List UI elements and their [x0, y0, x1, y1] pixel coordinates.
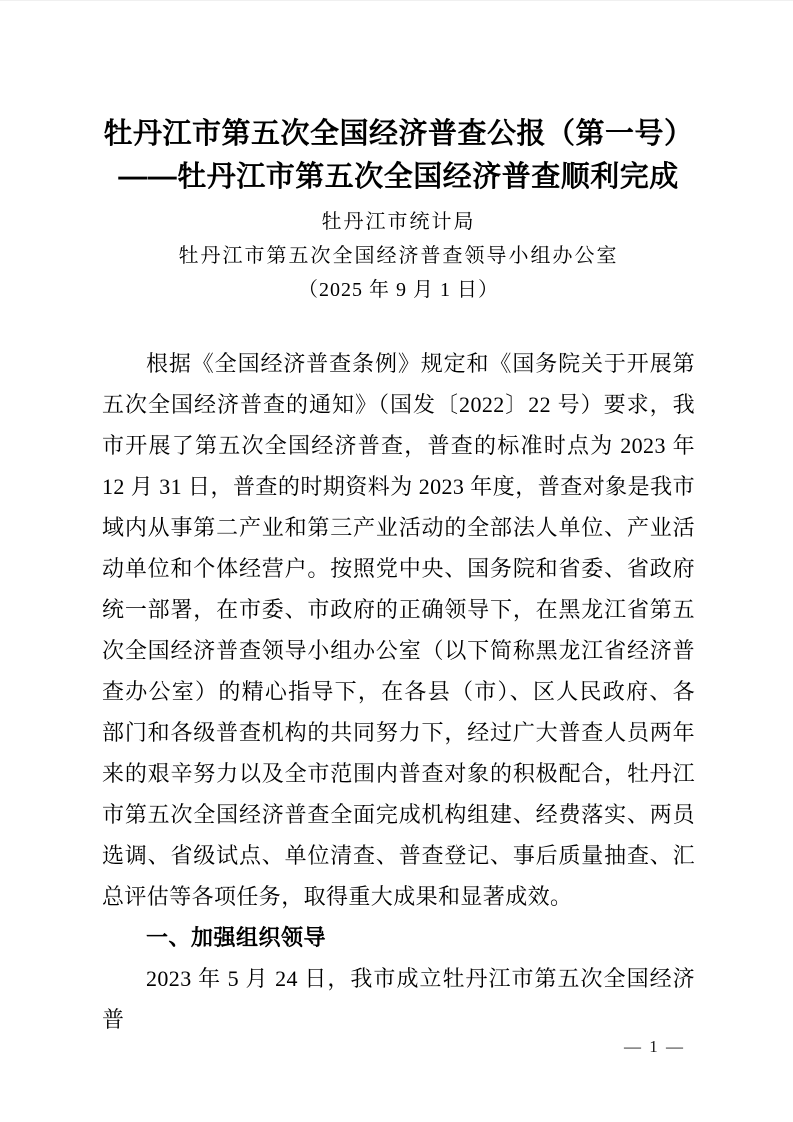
body-paragraph-2: 2023 年 5 月 24 日，我市成立牡丹江市第五次全国经济普 — [102, 958, 695, 1040]
issuer-line-2: 牡丹江市第五次全国经济普查领导小组办公室 — [102, 239, 695, 273]
publication-date: （2025 年 9 月 1 日） — [102, 273, 695, 307]
document-title: 牡丹江市第五次全国经济普查公报（第一号） ——牡丹江市第五次全国经济普查顺利完成 — [102, 113, 695, 199]
document-title-line-2: ——牡丹江市第五次全国经济普查顺利完成 — [102, 156, 695, 199]
document-page: 牡丹江市第五次全国经济普查公报（第一号） ——牡丹江市第五次全国经济普查顺利完成… — [0, 0, 793, 1122]
document-byline: 牡丹江市统计局 牡丹江市第五次全国经济普查领导小组办公室 （2025 年 9 月… — [102, 205, 695, 307]
body-paragraph-1: 根据《全国经济普查条例》规定和《国务院关于开展第五次全国经济普查的通知》（国发〔… — [102, 343, 695, 917]
document-content: 牡丹江市第五次全国经济普查公报（第一号） ——牡丹江市第五次全国经济普查顺利完成… — [102, 1, 695, 1040]
page-number: — 1 — — [624, 1036, 685, 1058]
issuer-line-1: 牡丹江市统计局 — [102, 205, 695, 239]
section-heading-1: 一、加强组织领导 — [102, 917, 695, 958]
document-title-line-1: 牡丹江市第五次全国经济普查公报（第一号） — [102, 113, 695, 156]
